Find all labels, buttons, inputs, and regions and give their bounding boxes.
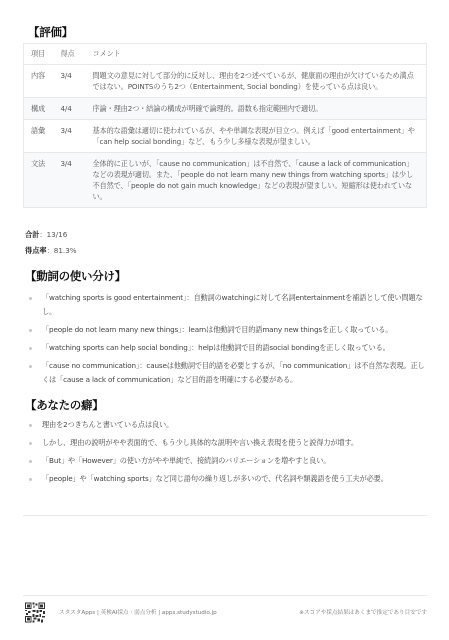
list-item-text: 「cause no communication」：causeは他動詞で目的語を必…	[42, 361, 425, 384]
header-score: 得点	[54, 44, 86, 65]
list-item: 理由を2つきちんと書いている点は良い。	[25, 418, 427, 432]
list-item: 「But」や「However」の使い方がやや単純で、接続詞のバリエーションを増や…	[25, 454, 427, 468]
footer-divider	[23, 595, 427, 596]
bullet-icon	[29, 365, 32, 368]
list-item-text: 「watching sports is good entertainment」：…	[42, 293, 423, 316]
list-item-text: 「watching sports can help social bonding…	[42, 343, 390, 352]
row-comment: 問題文の意見に対して部分的に反対し、理由を2つ述べているが、健康面の理由が欠けて…	[86, 65, 427, 98]
rate-value: ：81.3%	[47, 246, 77, 255]
verb-usage-list: 「watching sports is good entertainment」：…	[25, 291, 427, 391]
table-row: 構成 4/4 序論・理由2つ・結論の構成が明確で論理的。語数も指定範囲内で適切。	[24, 98, 427, 120]
content-divider	[23, 515, 427, 516]
total-line: 合計：13/16	[25, 227, 77, 243]
rate-line: 得点率：81.3%	[25, 243, 77, 259]
verb-usage-title: 【動詞の使い分け】	[25, 268, 126, 284]
evaluation-table: 項目 得点 コメント 内容 3/4 問題文の意見に対して部分的に反対し、理由を2…	[23, 43, 427, 208]
row-item: 内容	[24, 65, 54, 98]
row-comment: 序論・理由2つ・結論の構成が明確で論理的。語数も指定範囲内で適切。	[86, 98, 427, 120]
bullet-icon	[29, 460, 32, 463]
evaluation-title: 【評価】	[28, 24, 73, 40]
row-score: 3/4	[54, 153, 86, 208]
bullet-icon	[29, 329, 32, 332]
list-item-text: 「people do not learn many new things」：le…	[42, 325, 392, 334]
bullet-icon	[29, 347, 32, 350]
list-item: 「watching sports is good entertainment」：…	[25, 291, 427, 319]
qr-code-icon	[25, 602, 45, 623]
score-totals: 合計：13/16 得点率：81.3%	[25, 227, 77, 259]
habits-list: 理由を2つきちんと書いている点は良い。 しかし、理由の説明がやや表面的で、もう少…	[25, 418, 427, 490]
row-comment: 全体的に正しいが、「cause no communication」は不自然で、「…	[86, 153, 427, 208]
list-item-text: 理由を2つきちんと書いている点は良い。	[42, 420, 173, 429]
total-label: 合計	[25, 230, 39, 239]
page-footer: スタスタApps | 英検AI採点・弱点分析 | apps.studystudi…	[25, 600, 427, 624]
list-item: 「people」や「watching sports」など同じ語句の繰り返しが多い…	[25, 472, 427, 486]
list-item-text: 「people」や「watching sports」など同じ語句の繰り返しが多い…	[42, 474, 388, 483]
list-item-text: 「But」や「However」の使い方がやや単純で、接続詞のバリエーションを増や…	[42, 456, 330, 465]
list-item: しかし、理由の説明がやや表面的で、もう少し具体的な説明や言い換え表現を使うと説得…	[25, 436, 427, 450]
row-score: 3/4	[54, 120, 86, 153]
row-item: 語彙	[24, 120, 54, 153]
list-item-text: しかし、理由の説明がやや表面的で、もう少し具体的な説明や言い換え表現を使うと説得…	[42, 438, 358, 447]
row-item: 構成	[24, 98, 54, 120]
header-comment: コメント	[86, 44, 427, 65]
table-row: 内容 3/4 問題文の意見に対して部分的に反対し、理由を2つ述べているが、健康面…	[24, 65, 427, 98]
row-item: 文法	[24, 153, 54, 208]
list-item: 「cause no communication」：causeは他動詞で目的語を必…	[25, 359, 427, 387]
bullet-icon	[29, 424, 32, 427]
row-comment: 基本的な語彙は適切に使われているが、やや単調な表現が目立つ。例えば「good e…	[86, 120, 427, 153]
total-value: ：13/16	[39, 230, 67, 239]
row-score: 3/4	[54, 65, 86, 98]
table-row: 語彙 3/4 基本的な語彙は適切に使われているが、やや単調な表現が目立つ。例えば…	[24, 120, 427, 153]
list-item: 「watching sports can help social bonding…	[25, 341, 427, 355]
rate-label: 得点率	[25, 246, 47, 255]
bullet-icon	[29, 478, 32, 481]
table-row: 文法 3/4 全体的に正しいが、「cause no communication」…	[24, 153, 427, 208]
habits-title: 【あなたの癖】	[25, 397, 103, 413]
table-header-row: 項目 得点 コメント	[24, 44, 427, 65]
bullet-icon	[29, 297, 32, 300]
bullet-icon	[29, 442, 32, 445]
footer-left-text: スタスタApps | 英検AI採点・弱点分析 | apps.studystudi…	[59, 608, 217, 616]
footer-disclaimer: ※スコアや採点結果はあくまで推定であり目安です	[299, 608, 427, 616]
list-item: 「people do not learn many new things」：le…	[25, 323, 427, 337]
header-item: 項目	[24, 44, 54, 65]
row-score: 4/4	[54, 98, 86, 120]
